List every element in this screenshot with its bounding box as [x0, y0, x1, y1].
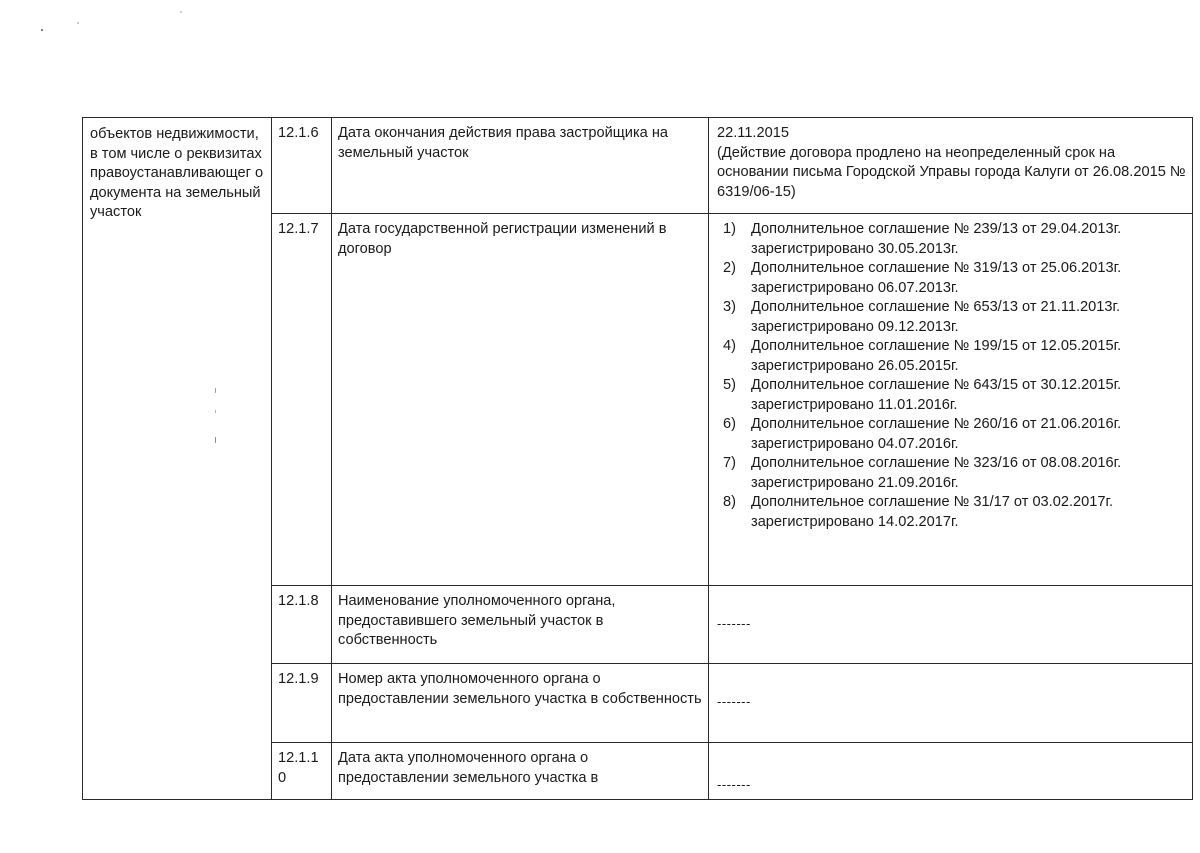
- row-number: 12.1.9: [278, 671, 319, 687]
- list-item-index: 1): [723, 220, 751, 259]
- list-item: 1) Дополнительное соглашение № 239/13 от…: [723, 220, 1186, 259]
- list-item-index: 7): [723, 454, 751, 493]
- row-number-cell: 12.1.1 0: [272, 743, 332, 800]
- row-label-cell: Дата акта уполномоченного органа о предо…: [332, 743, 709, 800]
- section-heading-cell: объектов недвижимости, в том числе о рек…: [83, 118, 272, 800]
- agreement-text: Дополнительное соглашение № 319/13 от 25…: [751, 260, 1121, 276]
- empty-value-dashes: -------: [717, 592, 1186, 634]
- scan-speck: [41, 29, 43, 31]
- list-item: 4) Дополнительное соглашение № 199/15 от…: [723, 337, 1186, 376]
- registered-text: зарегистрировано 14.02.2017г.: [751, 513, 1186, 533]
- scan-speck: [180, 11, 182, 13]
- list-item: 5) Дополнительное соглашение № 643/15 от…: [723, 376, 1186, 415]
- row-value-cell: -------: [709, 664, 1193, 743]
- extension-note: (Действие договора продлено на неопредел…: [717, 144, 1186, 203]
- list-item: 7) Дополнительное соглашение № 323/16 от…: [723, 454, 1186, 493]
- empty-value-dashes: -------: [717, 670, 1186, 712]
- row-value-cell: -------: [709, 586, 1193, 664]
- agreement-text: Дополнительное соглашение № 643/15 от 30…: [751, 377, 1121, 393]
- row-label: Наименование уполномоченного органа, пре…: [338, 593, 615, 648]
- row-label: Номер акта уполномоченного органа о пред…: [338, 671, 702, 707]
- row-value-cell: 22.11.2015 (Действие договора продлено н…: [709, 118, 1193, 214]
- registered-text: зарегистрировано 04.07.2016г.: [751, 435, 1186, 455]
- row-label: Дата акта уполномоченного органа о предо…: [338, 750, 598, 786]
- empty-value-dashes: -------: [717, 749, 1186, 795]
- registrations-cell: 1) Дополнительное соглашение № 239/13 от…: [709, 214, 1193, 586]
- registered-text: зарегистрировано 09.12.2013г.: [751, 318, 1186, 338]
- list-item-index: 3): [723, 298, 751, 337]
- row-number: 12.1.6: [278, 125, 319, 141]
- registered-text: зарегистрировано 21.09.2016г.: [751, 474, 1186, 494]
- list-item-index: 2): [723, 259, 751, 298]
- row-label: Дата окончания действия права застройщик…: [338, 125, 668, 161]
- registered-text: зарегистрировано 11.01.2016г.: [751, 396, 1186, 416]
- list-item: 6) Дополнительное соглашение № 260/16 от…: [723, 415, 1186, 454]
- row-number-cell: 12.1.8: [272, 586, 332, 664]
- row-number: 12.1.7: [278, 221, 319, 237]
- property-info-table: объектов недвижимости, в том числе о рек…: [82, 117, 1193, 800]
- agreement-text: Дополнительное соглашение № 199/15 от 12…: [751, 338, 1121, 354]
- row-number-cell: 12.1.9: [272, 664, 332, 743]
- agreement-text: Дополнительное соглашение № 31/17 от 03.…: [751, 494, 1113, 510]
- row-label-cell: Дата окончания действия права застройщик…: [332, 118, 709, 214]
- list-item-index: 5): [723, 376, 751, 415]
- end-date: 22.11.2015: [717, 124, 1186, 144]
- list-item: 8) Дополнительное соглашение № 31/17 от …: [723, 493, 1186, 532]
- row-number-cell: 12.1.6: [272, 118, 332, 214]
- registrations-list: 1) Дополнительное соглашение № 239/13 от…: [717, 220, 1186, 532]
- list-item-index: 4): [723, 337, 751, 376]
- agreement-text: Дополнительное соглашение № 260/16 от 21…: [751, 416, 1121, 432]
- scan-speck: [77, 22, 79, 24]
- row-value-cell: -------: [709, 743, 1193, 800]
- section-heading: объектов недвижимости, в том числе о рек…: [90, 126, 263, 220]
- registered-text: зарегистрировано 06.07.2013г.: [751, 279, 1186, 299]
- row-label: Дата государственной регистрации изменен…: [338, 221, 666, 257]
- agreement-text: Дополнительное соглашение № 653/13 от 21…: [751, 299, 1120, 315]
- registered-text: зарегистрировано 26.05.2015г.: [751, 357, 1186, 377]
- row-label-cell: Номер акта уполномоченного органа о пред…: [332, 664, 709, 743]
- row-label-cell: Наименование уполномоченного органа, пре…: [332, 586, 709, 664]
- list-item: 2) Дополнительное соглашение № 319/13 от…: [723, 259, 1186, 298]
- row-number-cell: 12.1.7: [272, 214, 332, 586]
- agreement-text: Дополнительное соглашение № 239/13 от 29…: [751, 221, 1121, 237]
- table-row: объектов недвижимости, в том числе о рек…: [83, 118, 1193, 214]
- agreement-text: Дополнительное соглашение № 323/16 от 08…: [751, 455, 1121, 471]
- row-label-cell: Дата государственной регистрации изменен…: [332, 214, 709, 586]
- list-item-index: 8): [723, 493, 751, 532]
- list-item-index: 6): [723, 415, 751, 454]
- registered-text: зарегистрировано 30.05.2013г.: [751, 240, 1186, 260]
- row-number: 12.1.1 0: [278, 750, 319, 786]
- row-number: 12.1.8: [278, 593, 319, 609]
- list-item: 3) Дополнительное соглашение № 653/13 от…: [723, 298, 1186, 337]
- scanned-document-page: объектов недвижимости, в том числе о рек…: [0, 0, 1200, 853]
